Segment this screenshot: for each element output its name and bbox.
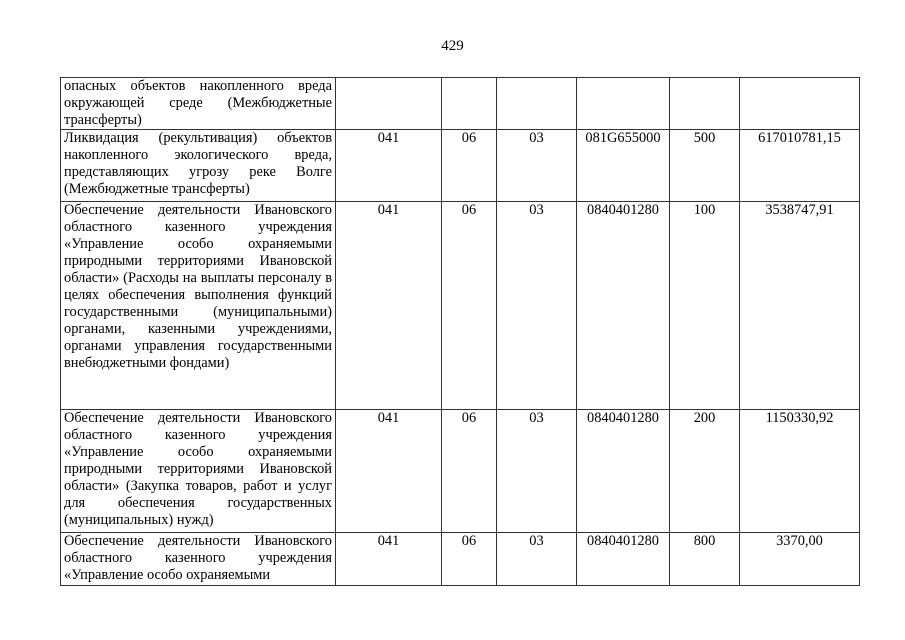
ministry-cell <box>336 78 442 130</box>
budget-table: опасных объектов накопленного вреда окру… <box>60 77 860 586</box>
subsection-cell: 03 <box>497 130 577 202</box>
expense-type-cell: 500 <box>670 130 740 202</box>
page-number: 429 <box>0 38 905 55</box>
description-cell: Обеспечение деятельности Ивановского обл… <box>61 202 336 410</box>
target-article-cell: 081G655000 <box>577 130 670 202</box>
expense-type-cell: 200 <box>670 410 740 533</box>
subsection-cell: 03 <box>497 533 577 586</box>
amount-cell: 3370,00 <box>740 533 860 586</box>
description-cell: Ликвидация (рекультивация) объектов нако… <box>61 130 336 202</box>
description-cell: опасных объектов накопленного вреда окру… <box>61 78 336 130</box>
section-cell <box>442 78 497 130</box>
description-cell: Обеспечение деятельности Ивановского обл… <box>61 410 336 533</box>
section-cell: 06 <box>442 410 497 533</box>
subsection-cell: 03 <box>497 202 577 410</box>
section-cell: 06 <box>442 533 497 586</box>
expense-type-cell <box>670 78 740 130</box>
table-row: Обеспечение деятельности Ивановского обл… <box>61 410 860 533</box>
amount-cell: 3538747,91 <box>740 202 860 410</box>
ministry-cell: 041 <box>336 202 442 410</box>
expense-type-cell: 100 <box>670 202 740 410</box>
target-article-cell <box>577 78 670 130</box>
ministry-cell: 041 <box>336 410 442 533</box>
target-article-cell: 0840401280 <box>577 410 670 533</box>
expense-type-cell: 800 <box>670 533 740 586</box>
subsection-cell <box>497 78 577 130</box>
amount-cell: 617010781,15 <box>740 130 860 202</box>
description-cell: Обеспечение деятельности Ивановского обл… <box>61 533 336 586</box>
section-cell: 06 <box>442 202 497 410</box>
table-row: опасных объектов накопленного вреда окру… <box>61 78 860 130</box>
table-row: Обеспечение деятельности Ивановского обл… <box>61 202 860 410</box>
table-row: Ликвидация (рекультивация) объектов нако… <box>61 130 860 202</box>
subsection-cell: 03 <box>497 410 577 533</box>
amount-cell <box>740 78 860 130</box>
target-article-cell: 0840401280 <box>577 202 670 410</box>
section-cell: 06 <box>442 130 497 202</box>
ministry-cell: 041 <box>336 533 442 586</box>
amount-cell: 1150330,92 <box>740 410 860 533</box>
ministry-cell: 041 <box>336 130 442 202</box>
table-row: Обеспечение деятельности Ивановского обл… <box>61 533 860 586</box>
target-article-cell: 0840401280 <box>577 533 670 586</box>
